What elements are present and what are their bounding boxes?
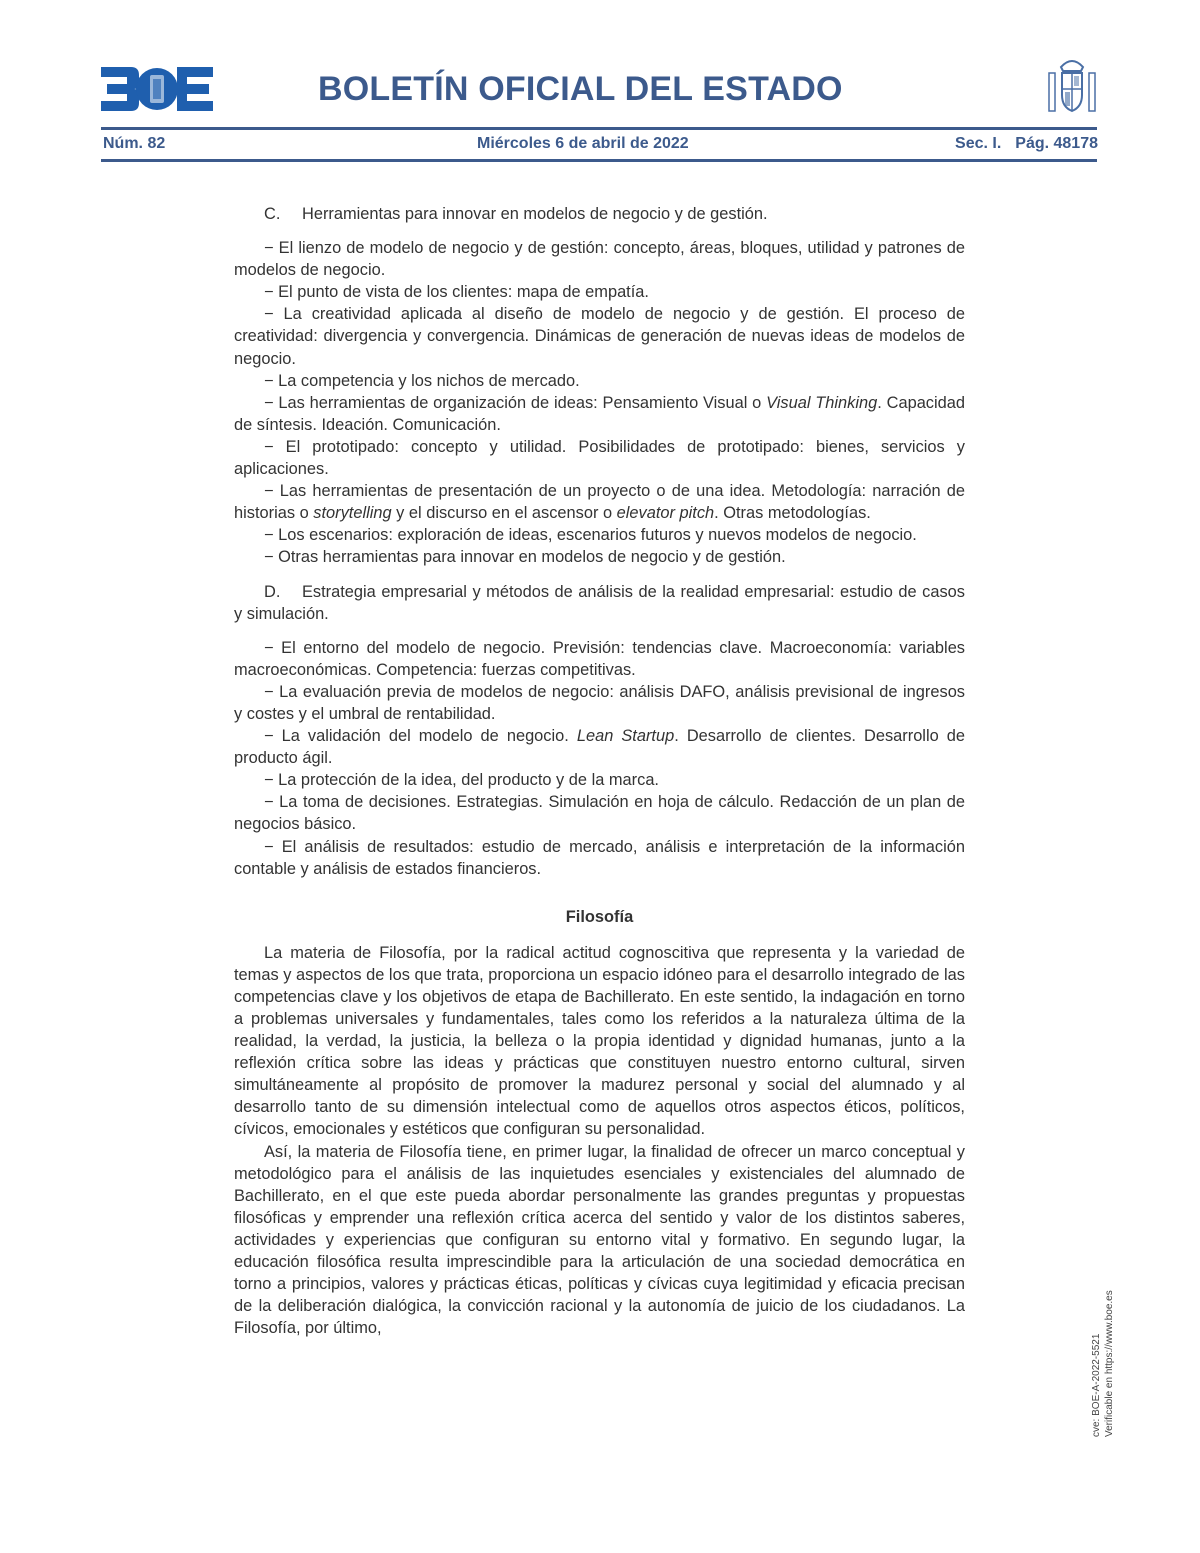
list-item: − El entorno del modelo de negocio. Prev… bbox=[234, 637, 965, 681]
section-heading-c: C.Herramientas para innovar en modelos d… bbox=[234, 203, 965, 225]
document-body: C.Herramientas para innovar en modelos d… bbox=[234, 203, 965, 1339]
paragraph: La materia de Filosofía, por la radical … bbox=[234, 942, 965, 1141]
subject-heading: Filosofía bbox=[234, 906, 965, 928]
header-rule-bottom bbox=[101, 159, 1097, 162]
list-item: − Otras herramientas para innovar en mod… bbox=[234, 546, 965, 568]
list-item: − El prototipado: concepto y utilidad. P… bbox=[234, 436, 965, 480]
list-item: − La toma de decisiones. Estrategias. Si… bbox=[234, 791, 965, 835]
section-page: Sec. I.Pág. 48178 bbox=[955, 135, 1098, 153]
cve-code: cve: BOE-A-2022-5521 bbox=[1090, 1290, 1103, 1437]
list-item: − Los escenarios: exploración de ideas, … bbox=[234, 524, 965, 546]
boe-logo-icon bbox=[101, 67, 213, 111]
list-item: − La protección de la idea, del producto… bbox=[234, 769, 965, 791]
issue-date: Miércoles 6 de abril de 2022 bbox=[477, 135, 689, 153]
coat-of-arms-icon bbox=[1043, 55, 1101, 117]
verify-link[interactable]: Verificable en https://www.boe.es bbox=[1103, 1290, 1116, 1437]
list-item: − El punto de vista de los clientes: map… bbox=[234, 281, 965, 303]
section-label: Sec. I. bbox=[955, 135, 1001, 152]
header-rule-top bbox=[101, 127, 1097, 130]
page-title: BOLETÍN OFICIAL DEL ESTADO bbox=[318, 70, 843, 109]
list-item: − La creatividad aplicada al diseño de m… bbox=[234, 303, 965, 369]
verification-sidebar: cve: BOE-A-2022-5521 Verificable en http… bbox=[1090, 1290, 1116, 1437]
paragraph: Así, la materia de Filosofía tiene, en p… bbox=[234, 1141, 965, 1340]
list-item: − La evaluación previa de modelos de neg… bbox=[234, 681, 965, 725]
list-item: − La validación del modelo de negocio. L… bbox=[234, 725, 965, 769]
section-heading-d: D.Estrategia empresarial y métodos de an… bbox=[234, 581, 965, 625]
list-item: − El lienzo de modelo de negocio y de ge… bbox=[234, 237, 965, 281]
page-number: Pág. 48178 bbox=[1015, 135, 1098, 152]
list-item: − Las herramientas de presentación de un… bbox=[234, 480, 965, 524]
issue-number: Núm. 82 bbox=[103, 135, 165, 153]
list-item: − La competencia y los nichos de mercado… bbox=[234, 370, 965, 392]
list-item: − El análisis de resultados: estudio de … bbox=[234, 836, 965, 880]
list-item: − Las herramientas de organización de id… bbox=[234, 392, 965, 436]
